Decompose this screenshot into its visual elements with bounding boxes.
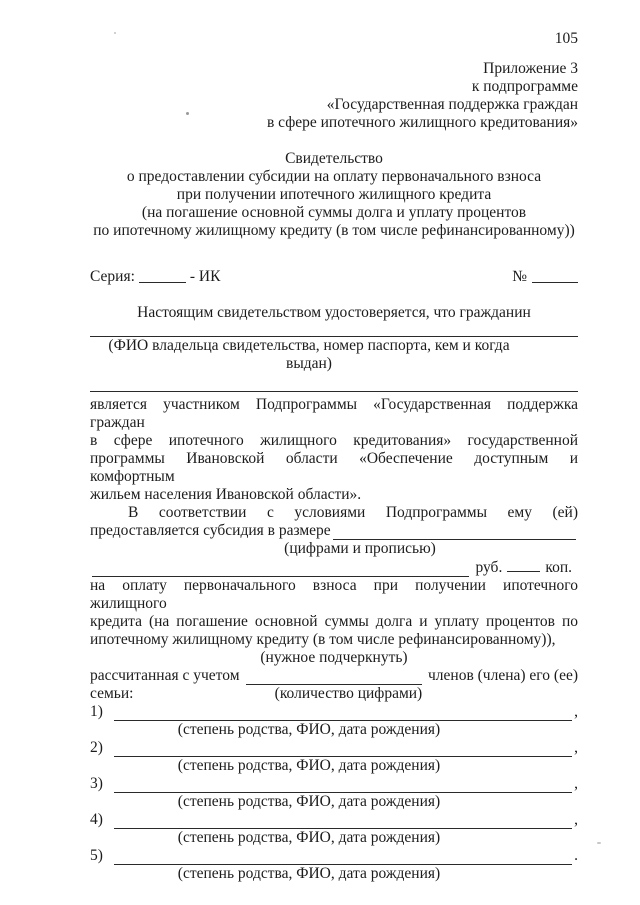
participant-paragraph: является участником Подпрограммы «Госуда…: [90, 396, 578, 504]
rubles-blank: [92, 561, 469, 577]
member-tail: ,: [574, 811, 578, 829]
document-title: Свидетельство о предоставлении субсидии …: [90, 150, 578, 240]
member-caption: (степень родства, ФИО, дата рождения): [90, 757, 578, 775]
kopecks-label: коп.: [545, 559, 572, 577]
member-number: 5): [90, 847, 112, 865]
kopecks-blank: [507, 558, 540, 572]
calc-suffix: членов (члена) его (ее): [428, 667, 578, 685]
calc-prefix: рассчитанная с учетом: [90, 667, 240, 685]
series-field: Серия:- ИК: [90, 268, 220, 286]
member-caption: (степень родства, ФИО, дата рождения): [90, 829, 578, 847]
condition-line: В соответствии с условиями Подпрограммы …: [90, 504, 578, 522]
title-line: по ипотечному жилищному кредиту (в том ч…: [90, 222, 578, 240]
member-number: 2): [90, 739, 112, 757]
scan-speck: [597, 842, 601, 844]
members-count-row: рассчитанная с учетом членов (члена) его…: [90, 667, 578, 685]
certify-statement: Настоящим свидетельством удостоверяется,…: [90, 304, 578, 322]
series-blank: [139, 269, 186, 283]
annex-line: к подпрограмме: [90, 78, 578, 96]
member-caption: (степень родства, ФИО, дата рождения): [90, 793, 578, 811]
title-line: о предоставлении субсидии на оплату перв…: [90, 168, 578, 186]
amount-prefix: предоставляется субсидия в размере: [90, 522, 331, 540]
purpose-paragraph: на оплату первоначального взноса при пол…: [90, 577, 578, 649]
annex-block: Приложение 3 к подпрограмме «Государстве…: [90, 60, 578, 132]
annex-line: в сфере ипотечного жилищного кредитовани…: [90, 114, 578, 132]
member-row: 1) ,: [90, 703, 578, 721]
purpose-line: кредита (на погашение основной суммы дол…: [90, 613, 578, 631]
family-members-list: 1) , (степень родства, ФИО, дата рождени…: [90, 703, 578, 883]
participant-line: жильем населения Ивановской области».: [90, 486, 578, 504]
owner-fill-line: [90, 373, 578, 392]
owner-fill-line: [90, 322, 578, 337]
annex-line: «Государственная поддержка граждан: [90, 96, 578, 114]
title-line: Свидетельство: [90, 150, 578, 168]
member-blank: [114, 741, 572, 757]
member-row: 2) ,: [90, 739, 578, 757]
number-field: №: [512, 268, 578, 286]
amount-blank: [333, 524, 576, 540]
scanned-document-page: 105 Приложение 3 к подпрограмме «Государ…: [0, 0, 640, 905]
member-blank: [114, 777, 572, 793]
participant-line: является участником Подпрограммы «Госуда…: [90, 396, 578, 432]
member-number: 4): [90, 811, 112, 829]
members-count-blank: [246, 669, 423, 685]
page-number: 105: [90, 30, 578, 48]
series-number-row: Серия:- ИК №: [90, 268, 578, 286]
member-tail: ,: [574, 775, 578, 793]
member-tail: .: [574, 847, 578, 865]
title-line: при получении ипотечного жилищного креди…: [90, 186, 578, 204]
family-caption-row: семьи: (количество цифрами): [90, 685, 578, 703]
number-blank: [532, 269, 578, 283]
member-tail: ,: [574, 739, 578, 757]
purpose-line: на оплату первоначального взноса при пол…: [90, 577, 578, 613]
member-blank: [114, 849, 572, 865]
title-line: (на погашение основной суммы долга и упл…: [90, 204, 578, 222]
member-row: 3) ,: [90, 775, 578, 793]
member-number: 3): [90, 775, 112, 793]
series-suffix: - ИК: [190, 268, 221, 285]
purpose-line: ипотечному жилищному кредиту (в том числ…: [90, 631, 578, 649]
member-caption: (степень родства, ФИО, дата рождения): [90, 865, 578, 883]
member-caption: (степень родства, ФИО, дата рождения): [90, 721, 578, 739]
scan-speck: [186, 112, 189, 115]
count-caption: (количество цифрами): [223, 685, 473, 703]
series-label: Серия:: [90, 268, 135, 285]
scan-speck: [114, 32, 116, 34]
participant-line: программы Ивановской области «Обеспечени…: [90, 450, 578, 486]
member-row: 5) .: [90, 847, 578, 865]
underline-note: (нужное подчеркнуть): [90, 649, 578, 667]
subsidy-amount-row: предоставляется субсидия в размере: [90, 522, 578, 540]
member-row: 4) ,: [90, 811, 578, 829]
rubles-label: руб.: [471, 559, 502, 577]
owner-caption: (ФИО владельца свидетельства, номер пасп…: [90, 337, 578, 373]
member-blank: [114, 813, 572, 829]
member-tail: ,: [574, 703, 578, 721]
member-number: 1): [90, 703, 112, 721]
amount-caption: (цифрами и прописью): [90, 540, 578, 558]
annex-line: Приложение 3: [90, 60, 578, 78]
participant-line: в сфере ипотечного жилищного кредитовани…: [90, 432, 578, 450]
rubles-row: руб. коп.: [90, 558, 578, 577]
family-word: семьи:: [90, 685, 133, 703]
number-label: №: [512, 268, 527, 285]
member-blank: [114, 705, 572, 721]
